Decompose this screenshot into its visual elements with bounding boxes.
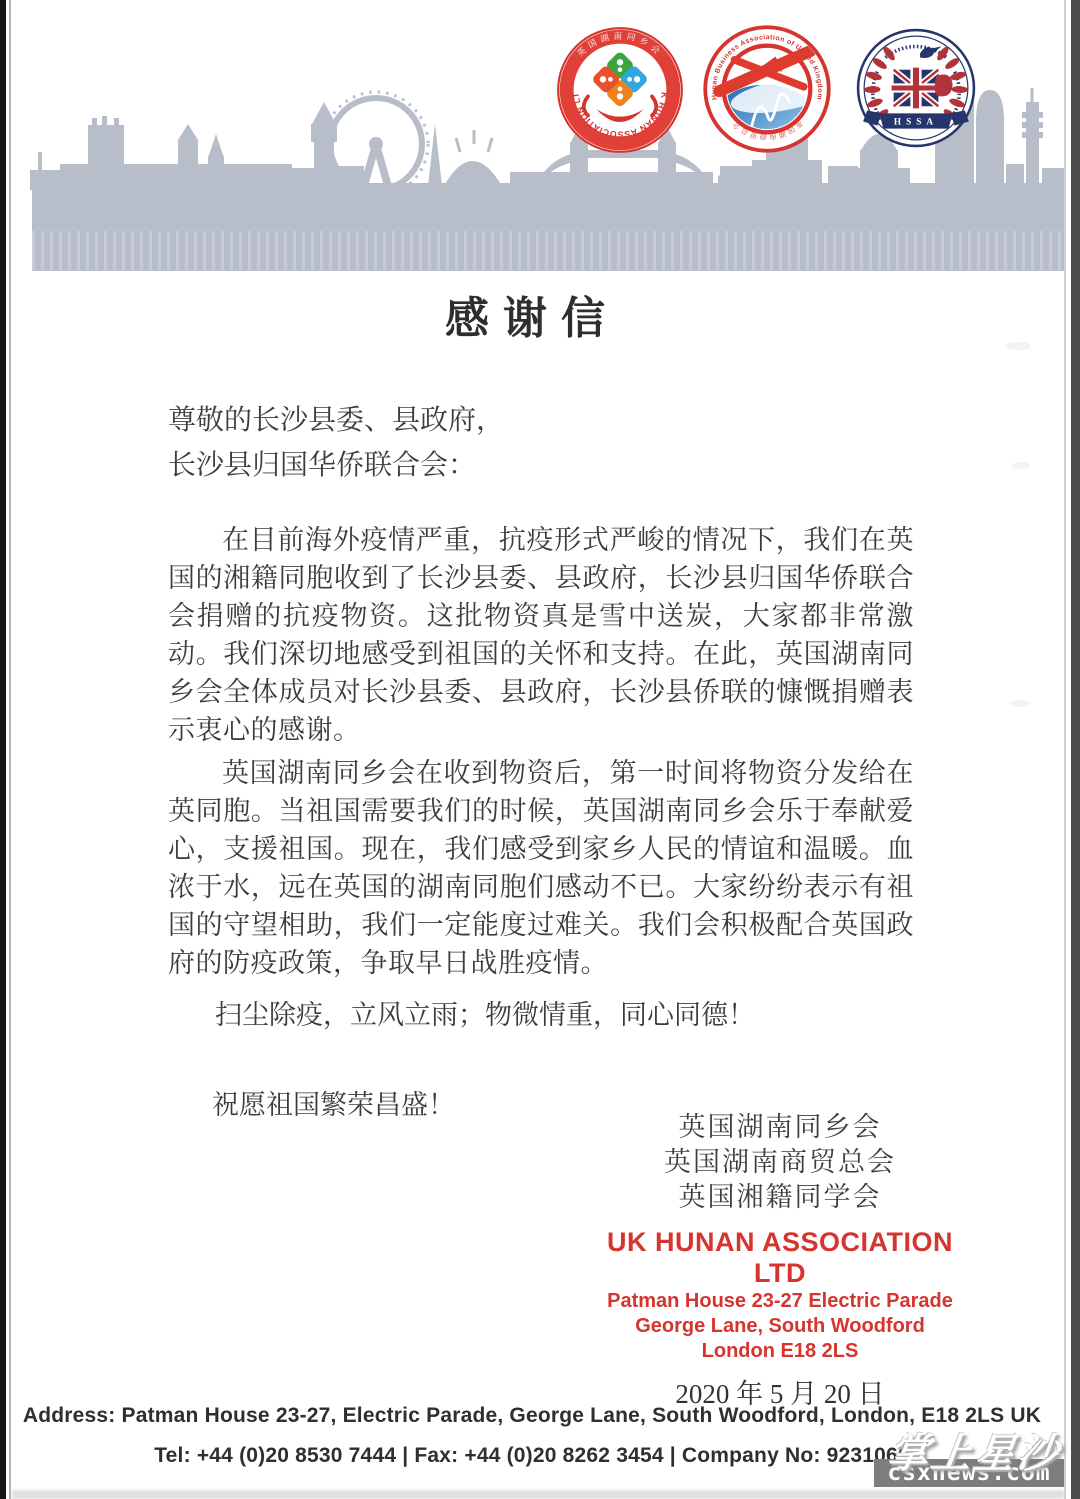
salutation-line: 长沙县归国华侨联合会： — [168, 443, 916, 488]
hunan-business-association-logo-icon: Hunan Business Association of United Kin… — [702, 24, 832, 154]
scan-edge-right — [1071, 0, 1080, 1499]
salutation-block: 尊敬的长沙县委、县政府， 长沙县归国华侨联合会： — [168, 398, 916, 488]
signature-org: 英国湘籍同学会 — [590, 1180, 970, 1215]
scanned-letter-page: 英国湖南同乡会 UK HUNAN ASSOCIATION LTD — [0, 0, 1080, 1499]
paragraph-2: 英国湖南同乡会在收到物资后，第一时间将物资分发给在英同胞。当祖国需要我们的时候，… — [168, 754, 914, 982]
scan-edge-bottom — [12, 1490, 1064, 1499]
letter-title: 感谢信 — [0, 282, 1064, 346]
watermark-brand: 掌上星沙 — [876, 1422, 1074, 1479]
salutation-line: 尊敬的长沙县委、县政府， — [168, 398, 916, 443]
logo3-banner-text: HSSA — [894, 117, 938, 127]
signature-org: 英国湖南商贸总会 — [590, 1145, 970, 1180]
skyline-band-texture — [32, 231, 1062, 270]
hssa-logo: HSSA — [855, 27, 977, 149]
signature-address-line: George Lane, South Woodford — [590, 1314, 970, 1339]
hssa-logo-icon: HSSA — [855, 27, 977, 149]
signature-address-line: London E18 2LS — [590, 1339, 970, 1364]
signature-company-name: UK HUNAN ASSOCIATION LTD — [590, 1227, 970, 1289]
hunan-business-association-logo: Hunan Business Association of United Kin… — [702, 24, 832, 154]
signature-block: 英国湖南同乡会 英国湖南商贸总会 英国湘籍同学会 UK HUNAN ASSOCI… — [590, 1110, 970, 1411]
scan-line-right — [1064, 0, 1066, 1499]
scan-smudge — [1012, 462, 1030, 469]
scan-smudge — [1010, 700, 1030, 707]
signature-org: 英国湖南同乡会 — [590, 1110, 970, 1145]
uk-hunan-association-logo: 英国湖南同乡会 UK HUNAN ASSOCIATION LTD — [556, 26, 684, 154]
motto-line: 扫尘除疫，立风立雨；物微情重，同心同德！ — [168, 993, 914, 1032]
paragraph-1: 在目前海外疫情严重，抗疫形式严峻的情况下，我们在英国的湘籍同胞收到了长沙县委、县… — [168, 521, 914, 749]
scan-edge-left — [0, 0, 6, 1499]
signature-address-line: Patman House 23-27 Electric Parade — [590, 1289, 970, 1314]
scan-line-left — [9, 0, 11, 1499]
uk-hunan-association-logo-icon: 英国湖南同乡会 UK HUNAN ASSOCIATION LTD — [556, 26, 684, 154]
